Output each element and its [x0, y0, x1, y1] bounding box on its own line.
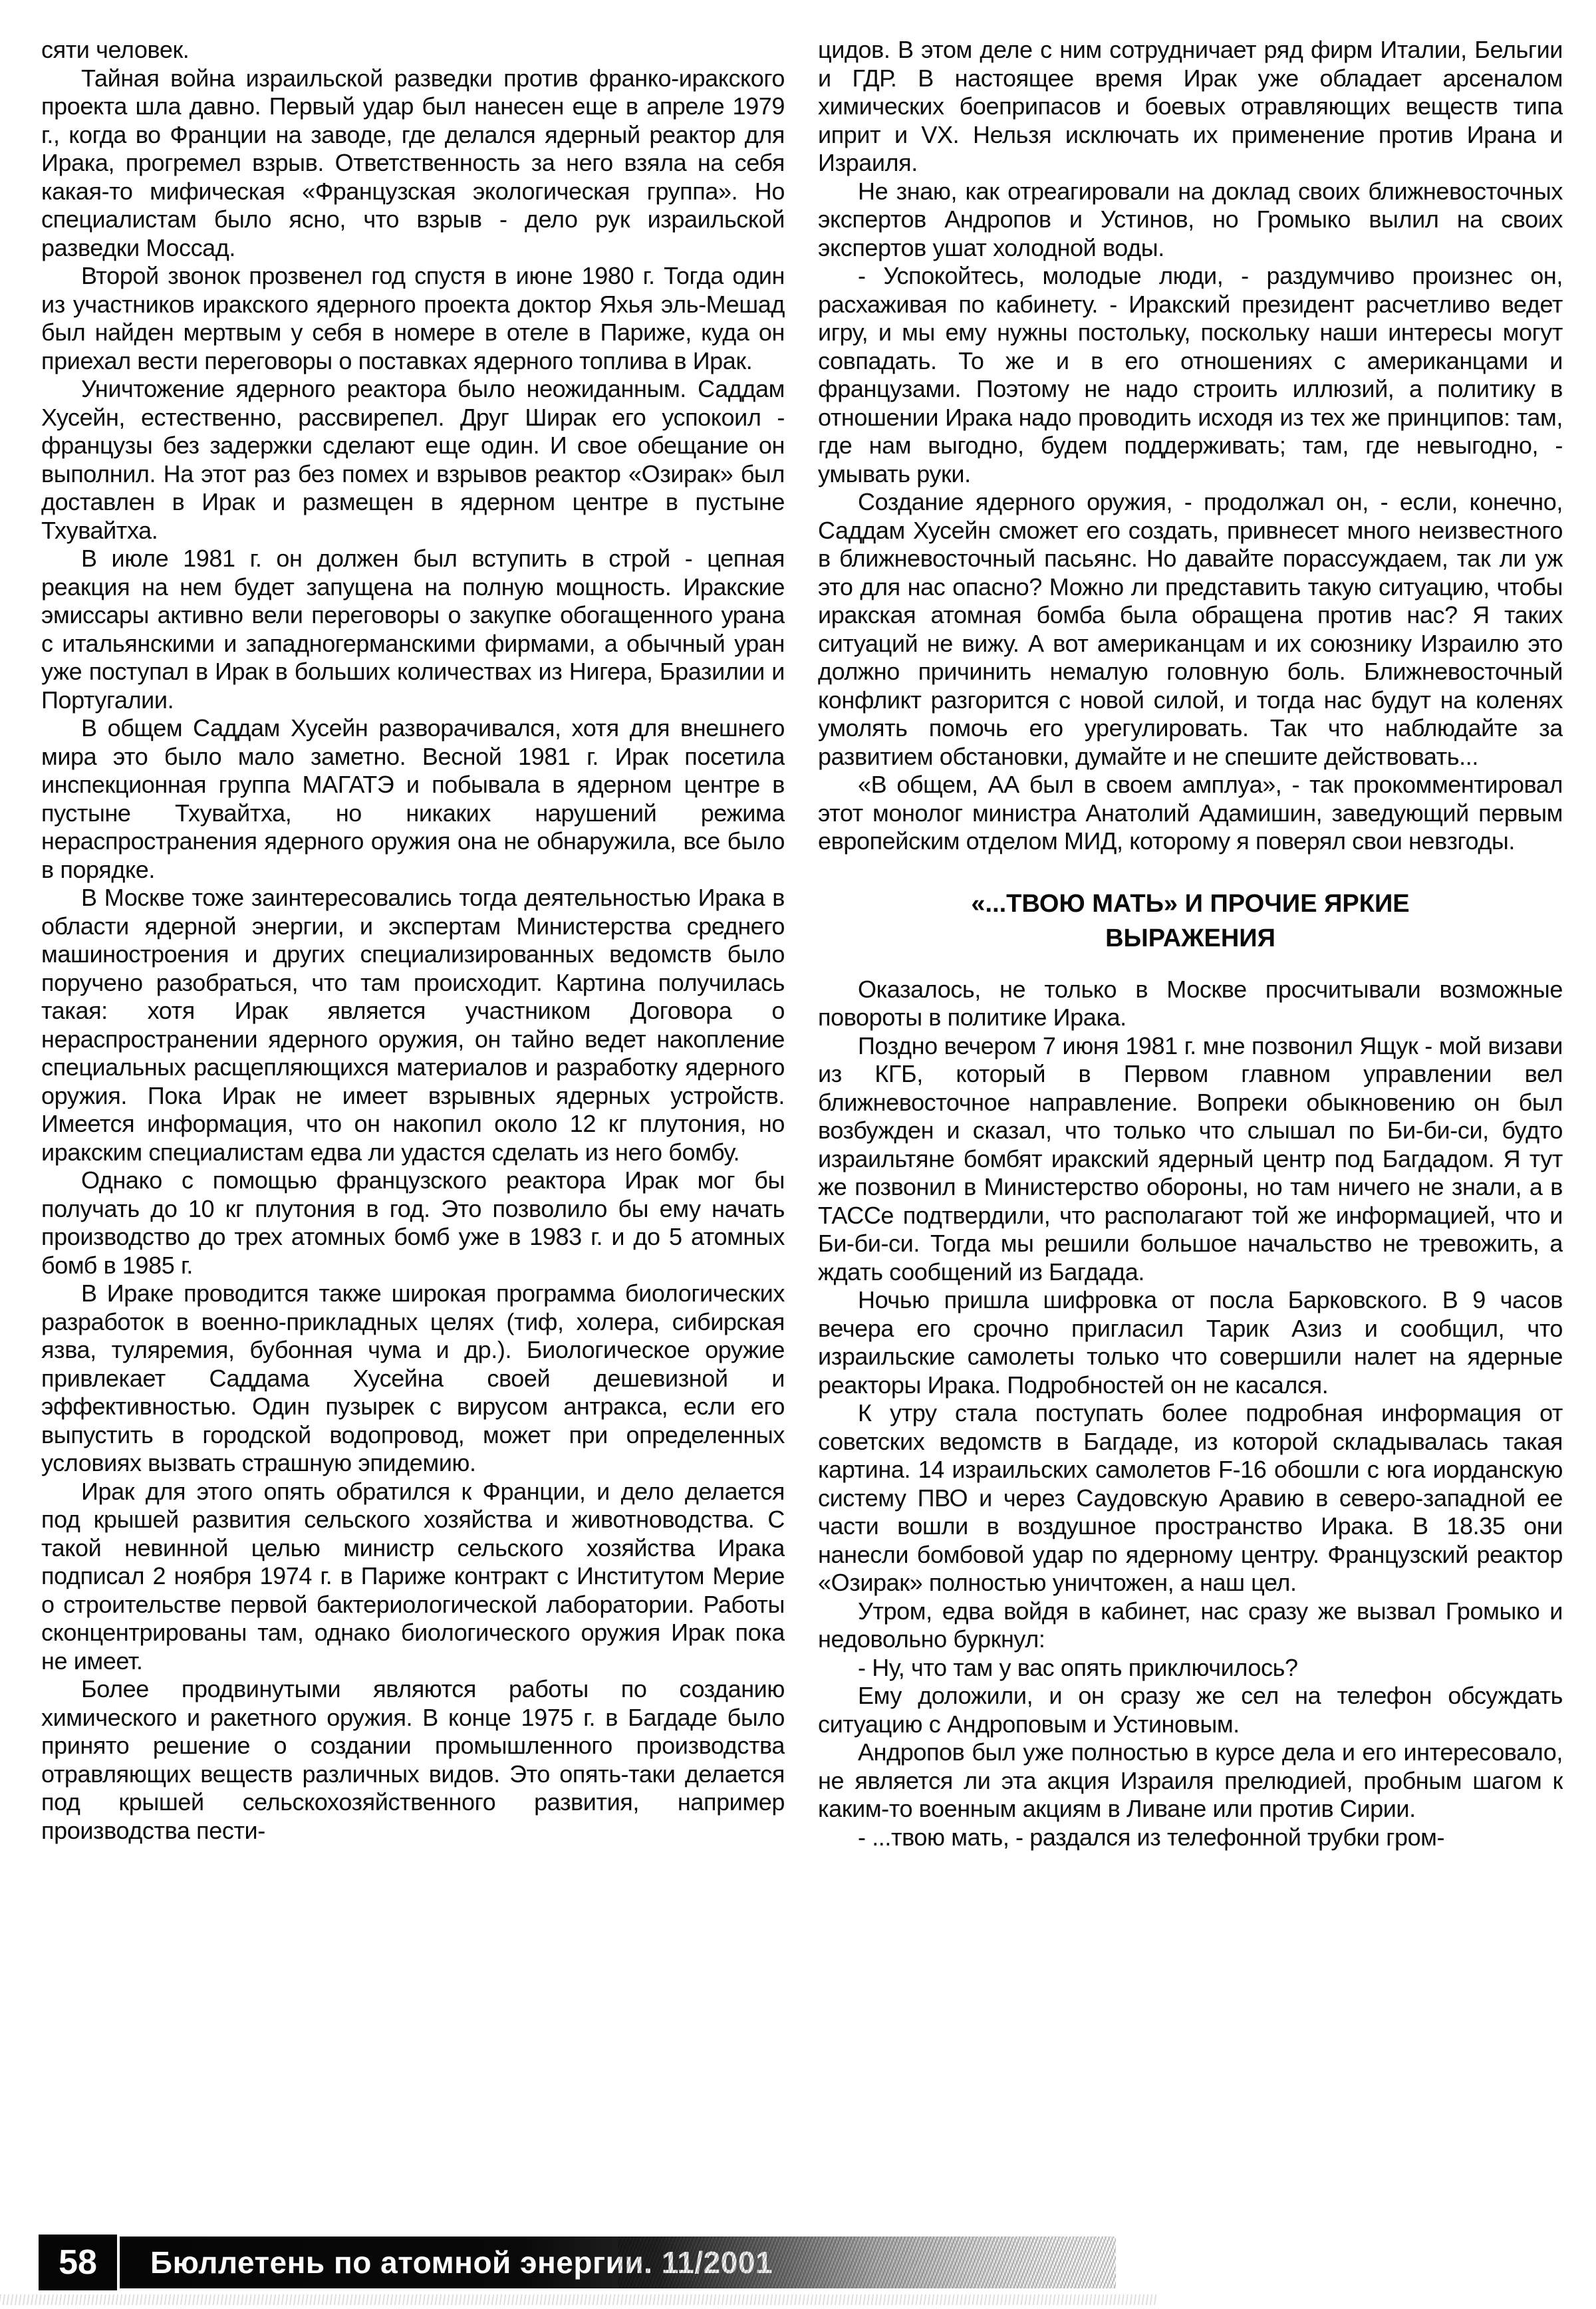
left-text-column: сяти человек.Тайная война израильской ра… — [41, 36, 785, 2213]
paragraph: К утру стала поступать более подробная и… — [818, 1399, 1563, 1597]
right-text-column: цидов. В этом деле с ним сотрудничает ря… — [818, 36, 1563, 2213]
paragraph: Однако с помощью французского реактора И… — [41, 1166, 785, 1280]
paragraph: Утром, едва войдя в кабинет, нас сразу ж… — [818, 1597, 1563, 1654]
paragraph: сяти человек. — [41, 36, 785, 65]
paragraph: - ...твою мать, - раздался из телефонной… — [818, 1824, 1563, 1852]
paragraph: В июле 1981 г. он должен был вступить в … — [41, 545, 785, 714]
paragraph: Не знаю, как отреагировали на доклад сво… — [818, 178, 1563, 263]
page-number: 58 — [39, 2235, 117, 2290]
paragraph: Более продвинутыми являются работы по со… — [41, 1675, 785, 1845]
magazine-page: сяти человек.Тайная война израильской ра… — [0, 0, 1596, 2309]
section-heading: «...ТВОЮ МАТЬ» И ПРОЧИЕ ЯРКИЕ ВЫРАЖЕНИЯ — [911, 886, 1470, 956]
paragraph: Ночью пришла шифровка от посла Барковско… — [818, 1286, 1563, 1399]
footer-bar: 58 Бюллетень по атомной энергии. 11/2001 — [39, 2235, 1116, 2290]
paragraph: - Ну, что там у вас опять приключилось? — [818, 1654, 1563, 1683]
paragraph: Оказалось, не только в Москве просчитыва… — [818, 976, 1563, 1032]
paragraph: Поздно вечером 7 июня 1981 г. мне позвон… — [818, 1032, 1563, 1287]
paragraph: цидов. В этом деле с ним сотрудничает ря… — [818, 36, 1563, 178]
paragraph: Тайная война израильской разведки против… — [41, 65, 785, 263]
paragraph: Ему доложили, и он сразу же сел на телеф… — [818, 1682, 1563, 1738]
footer-title-bar: Бюллетень по атомной энергии. 11/2001 — [120, 2237, 1116, 2288]
paragraph: Ирак для этого опять обратился к Франции… — [41, 1478, 785, 1676]
paragraph: Создание ядерного оружия, - продолжал он… — [818, 488, 1563, 771]
paragraph: В Ираке проводится также широкая програм… — [41, 1280, 785, 1478]
scan-noise-strip — [0, 2294, 1157, 2305]
paragraph: «В общем, АА был в своем амплуа», - так … — [818, 771, 1563, 856]
paragraph: В общем Саддам Хусейн разворачивался, хо… — [41, 714, 785, 884]
paragraph: Уничтожение ядерного реактора было неожи… — [41, 375, 785, 545]
paragraph: Второй звонок прозвенел год спустя в июн… — [41, 262, 785, 375]
paragraph: - Успокойтесь, молодые люди, - раздумчив… — [818, 262, 1563, 488]
paragraph: Андропов был уже полностью в курсе дела … — [818, 1738, 1563, 1824]
paragraph: В Москве тоже заинтересовались тогда дея… — [41, 884, 785, 1166]
footer-title: Бюллетень по атомной энергии. 11/2001 — [120, 2244, 773, 2280]
